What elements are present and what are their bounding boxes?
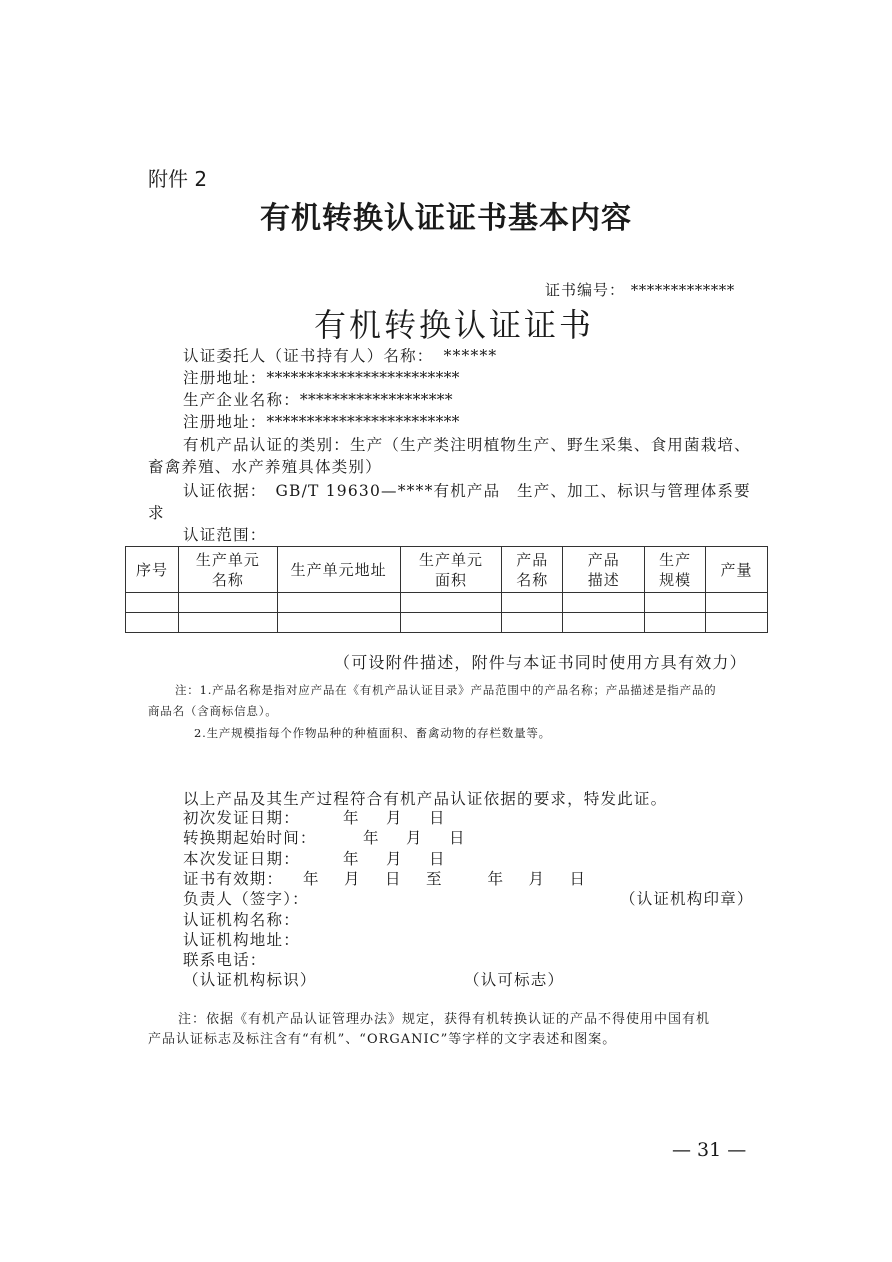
field-value: ************************ [267,369,460,387]
date-value: 年 月 日 [343,809,451,827]
scope-table: 序号 生产单元名称 生产单元地址 生产单元面积 产品名称 产品描述 生产规模 产… [125,546,768,633]
attachment-label: 附件 2 [148,163,207,192]
note-2: 2.生产规模指每个作物品种的种植面积、畜禽动物的存栏数量等。 [194,725,551,741]
date-label: 证书有效期： [183,869,303,890]
document-title: 有机转换认证证书基本内容 [0,193,892,237]
field-client-name: 认证委托人（证书持有人）名称： ****** [183,346,497,367]
category-line-1: 有机产品认证的类别：生产（生产类注明植物生产、野生采集、食用菌栽培、 [183,435,751,456]
date-value: 年 月 日 [343,850,451,868]
certificate-number: 证书编号： ************* [545,279,735,300]
date-label: 初次发证日期： [183,808,343,829]
table-cell [502,613,563,633]
date-label: 本次发证日期： [183,849,343,870]
field-enterprise-address: 注册地址：************************ [183,412,460,433]
table-cell [126,593,179,613]
final-note-line-2: 产品认证标志及标注含有“有机”、“ORGANIC”等字样的文字表述和图案。 [148,1028,616,1047]
table-cell [178,593,277,613]
certificate-number-label: 证书编号： [545,281,625,299]
body-address-label: 认证机构地址： [183,930,300,951]
category-line-2: 畜禽养殖、水产养殖具体类别） [148,457,382,478]
table-cell [706,593,768,613]
seal-label: （认证机构印章） [620,889,754,910]
field-value: ************************ [267,413,460,431]
table-cell [126,613,179,633]
accreditation-mark-label: （认可标志） [464,970,564,991]
note-1-line-1: 注：1.产品名称是指对应产品在《有机产品认证目录》产品范围中的产品名称；产品描述… [175,682,716,698]
scope-table-header-row: 序号 生产单元名称 生产单元地址 生产单元面积 产品名称 产品描述 生产规模 产… [126,547,768,593]
field-registered-address: 注册地址：************************ [183,368,460,389]
body-mark-label: （认证机构标识） [183,970,317,991]
basis-line-2: 求 [148,503,165,524]
col-header-unit-name: 生产单元名称 [178,547,277,593]
col-header-serial: 序号 [126,547,179,593]
table-cell [563,593,645,613]
col-header-production-scale: 生产规模 [645,547,706,593]
field-label: 注册地址： [183,413,267,431]
final-note-line-1: 注：依据《有机产品认证管理办法》规定，获得有机转换认证的产品不得使用中国有机 [178,1008,710,1027]
field-value: ******************* [300,391,453,409]
page-number: — 31 — [672,1139,746,1161]
field-label: 认证委托人（证书持有人）名称： [183,347,434,365]
signatory-label: 负责人（签字）： [183,889,309,910]
first-issue-date: 初次发证日期：年 月 日 [183,808,451,829]
table-cell [706,613,768,633]
basis-line-1: 认证依据： GB/T 19630—****有机产品 生产、加工、标识与管理体系要 [183,481,751,502]
body-name-label: 认证机构名称： [183,910,300,931]
table-cell [645,593,706,613]
validity-period: 证书有效期：年 月 日 至 年 月 日 [183,869,590,890]
field-enterprise-name: 生产企业名称：******************* [183,390,453,411]
table-cell [400,593,502,613]
table-cell [563,613,645,633]
col-header-output: 产量 [706,547,768,593]
table-row [126,613,768,633]
date-value: 年 月 日 至 年 月 日 [303,870,590,888]
table-cell [277,613,400,633]
table-cell [400,613,502,633]
scope-label: 认证范围： [183,525,267,546]
table-row [126,593,768,613]
current-issue-date: 本次发证日期：年 月 日 [183,849,451,870]
table-cell [178,613,277,633]
conversion-start-date: 转换期起始时间：年 月 日 [183,828,471,849]
certificate-number-value: ************* [631,281,735,299]
phone-label: 联系电话： [183,950,267,971]
col-header-unit-area: 生产单元面积 [400,547,502,593]
col-header-unit-address: 生产单元地址 [277,547,400,593]
table-cell [645,613,706,633]
field-label: 注册地址： [183,369,267,387]
attachment-note: （可设附件描述，附件与本证书同时使用方具有效力） [334,652,747,673]
field-value: ****** [444,347,498,365]
table-cell [277,593,400,613]
date-label: 转换期起始时间： [183,828,363,849]
conformity-statement: 以上产品及其生产过程符合有机产品认证依据的要求，特发此证。 [183,789,667,810]
field-label: 生产企业名称： [183,391,300,409]
note-1-line-2: 商品名（含商标信息）。 [148,703,278,719]
col-header-product-name: 产品名称 [502,547,563,593]
date-value: 年 月 日 [363,829,471,847]
certificate-title: 有机转换认证证书 [0,300,892,346]
col-header-product-description: 产品描述 [563,547,645,593]
table-cell [502,593,563,613]
